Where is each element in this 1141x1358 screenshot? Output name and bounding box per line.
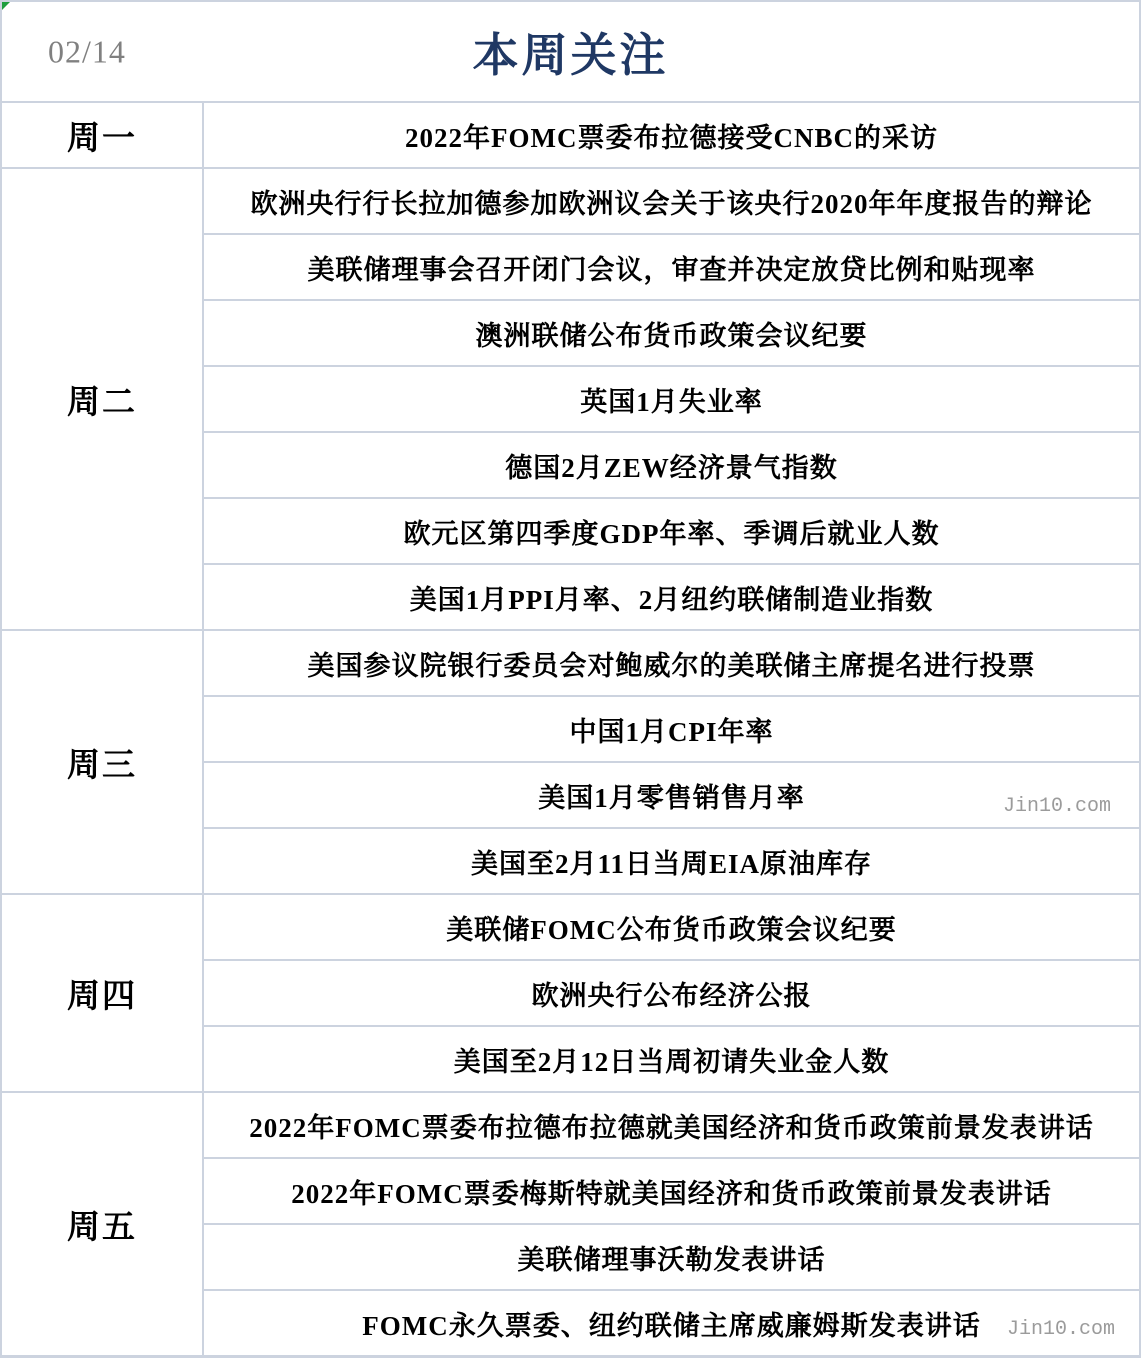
event-row: 中国1月CPI年率 xyxy=(204,697,1139,763)
page-title: 本周关注 xyxy=(473,19,669,85)
day-group-friday: 周五 2022年FOMC票委布拉德布拉德就美国经济和货币政策前景发表讲话 202… xyxy=(2,1093,1139,1357)
event-row: 美联储理事沃勒发表讲话 xyxy=(204,1225,1139,1291)
event-list-monday: 2022年FOMC票委布拉德接受CNBC的采访 xyxy=(204,103,1139,169)
event-row: 2022年FOMC票委梅斯特就美国经济和货币政策前景发表讲话 xyxy=(204,1159,1139,1225)
event-list-tuesday: 欧洲央行行长拉加德参加欧洲议会关于该央行2020年年度报告的辩论 美联储理事会召… xyxy=(204,169,1139,631)
week-date: 02/14 xyxy=(48,33,126,70)
jin10-watermark: Jin10.com xyxy=(1007,1318,1115,1341)
day-group-thursday: 周四 美联储FOMC公布货币政策会议纪要 欧洲央行公布经济公报 美国至2月12日… xyxy=(2,895,1139,1093)
event-list-thursday: 美联储FOMC公布货币政策会议纪要 欧洲央行公布经济公报 美国至2月12日当周初… xyxy=(204,895,1139,1093)
event-row: 欧洲央行行长拉加德参加欧洲议会关于该央行2020年年度报告的辩论 xyxy=(204,169,1139,235)
day-label-friday: 周五 xyxy=(2,1093,204,1357)
event-list-friday: 2022年FOMC票委布拉德布拉德就美国经济和货币政策前景发表讲话 2022年F… xyxy=(204,1093,1139,1357)
event-row: 欧元区第四季度GDP年率、季调后就业人数 xyxy=(204,499,1139,565)
day-group-monday: 周一 2022年FOMC票委布拉德接受CNBC的采访 xyxy=(2,103,1139,169)
event-row: 2022年FOMC票委布拉德布拉德就美国经济和货币政策前景发表讲话 xyxy=(204,1093,1139,1159)
event-row: 2022年FOMC票委布拉德接受CNBC的采访 xyxy=(204,103,1139,169)
jin10-watermark: Jin10.com xyxy=(1003,795,1111,818)
event-row: 美国至2月12日当周初请失业金人数 xyxy=(204,1027,1139,1093)
day-group-tuesday: 周二 欧洲央行行长拉加德参加欧洲议会关于该央行2020年年度报告的辩论 美联储理… xyxy=(2,169,1139,631)
event-row: 美国1月PPI月率、2月纽约联储制造业指数 xyxy=(204,565,1139,631)
event-row: 美联储FOMC公布货币政策会议纪要 xyxy=(204,895,1139,961)
spreadsheet-corner-marker-icon xyxy=(2,2,10,10)
event-row: 美国1月零售销售月率 xyxy=(204,763,1139,829)
table-header: 02/14 本周关注 xyxy=(2,2,1139,103)
event-row: 英国1月失业率 xyxy=(204,367,1139,433)
event-row: FOMC永久票委、纽约联储主席威廉姆斯发表讲话 xyxy=(204,1291,1139,1357)
event-list-wednesday: 美国参议院银行委员会对鲍威尔的美联储主席提名进行投票 中国1月CPI年率 美国1… xyxy=(204,631,1139,895)
day-group-wednesday: 周三 美国参议院银行委员会对鲍威尔的美联储主席提名进行投票 中国1月CPI年率 … xyxy=(2,631,1139,895)
day-label-wednesday: 周三 xyxy=(2,631,204,895)
weekly-focus-table: 02/14 本周关注 周一 2022年FOMC票委布拉德接受CNBC的采访 周二… xyxy=(0,0,1141,1358)
event-row: 欧洲央行公布经济公报 xyxy=(204,961,1139,1027)
event-row: 美联储理事会召开闭门会议，审查并决定放贷比例和贴现率 xyxy=(204,235,1139,301)
event-row: 美国至2月11日当周EIA原油库存 xyxy=(204,829,1139,895)
event-row: 澳洲联储公布货币政策会议纪要 xyxy=(204,301,1139,367)
day-label-monday: 周一 xyxy=(2,103,204,169)
day-label-thursday: 周四 xyxy=(2,895,204,1093)
event-row: 德国2月ZEW经济景气指数 xyxy=(204,433,1139,499)
day-label-tuesday: 周二 xyxy=(2,169,204,631)
event-row: 美国参议院银行委员会对鲍威尔的美联储主席提名进行投票 xyxy=(204,631,1139,697)
